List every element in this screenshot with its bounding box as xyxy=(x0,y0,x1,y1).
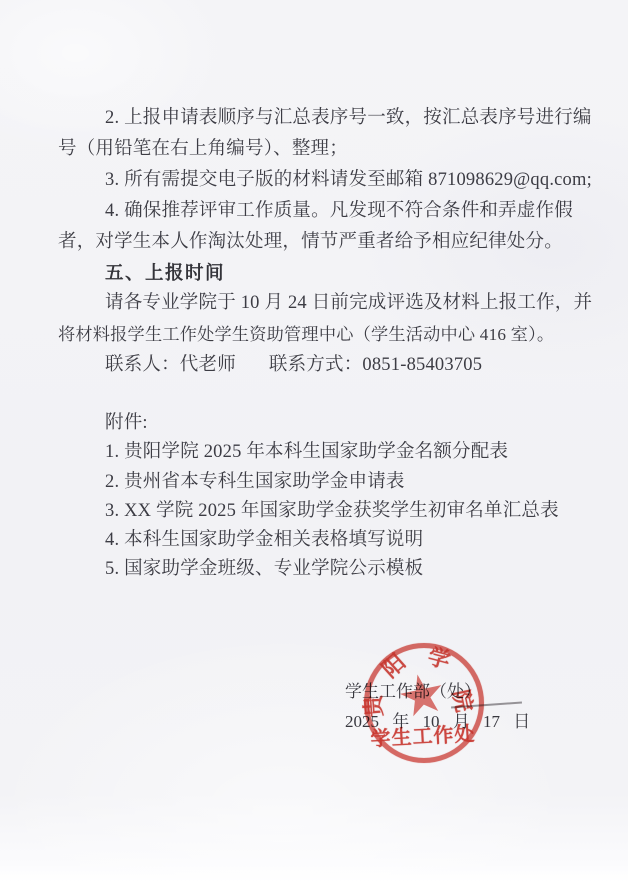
attachment-item: 4. 本科生国家助学金相关表格填写说明 xyxy=(58,528,617,553)
body-line-5: 者，对学生本人作淘汰处理，情节严重者给予相应纪律处分。 xyxy=(58,230,570,255)
body-line-2: 号（用铅笔在右上角编号）、整理； xyxy=(58,137,570,162)
body-line-7: 将材料报学生工作处学生资助管理中心（学生活动中心 416 室）。 xyxy=(58,322,570,347)
contact-method: 联系方式：0851-85403705 xyxy=(269,355,482,375)
contact-person: 联系人：代老师 xyxy=(105,355,236,375)
signature-date: 2025 年 10 月 17 日 xyxy=(345,711,530,733)
contact-line: 联系人：代老师联系方式：0851-85403705 xyxy=(58,353,617,378)
attachments-title: 附件: xyxy=(58,411,617,436)
attachment-item: 5. 国家助学金班级、专业学院公示模板 xyxy=(58,557,617,582)
scanned-document-page: 2. 上报申请表顺序与汇总表序号一致，按汇总表序号进行编 号（用铅笔在右上角编号… xyxy=(0,0,628,882)
attachment-item: 2. 贵州省本专科生国家助学金申请表 xyxy=(58,470,617,495)
body-line-4: 4. 确保推荐评审工作质量。凡发现不符合条件和弄虚作假 xyxy=(58,199,617,224)
signature-department: 学生工作部（处） xyxy=(345,681,481,703)
seal-arc-char: 学 xyxy=(424,644,453,673)
seal-arc-char: 阳 xyxy=(377,649,411,683)
body-line-3: 3. 所有需提交电子版的材料请发至邮箱 871098629@qq.com; xyxy=(58,168,617,193)
body-line-1: 2. 上报申请表顺序与汇总表序号一致，按汇总表序号进行编 xyxy=(58,106,617,131)
body-line-6: 请各专业学院于 10 月 24 日前完成评选及材料上报工作，并 xyxy=(58,291,617,316)
official-seal: 贵 阳 学 院 学生工作处 xyxy=(352,634,502,779)
section-heading: 五、上报时间 xyxy=(58,260,617,285)
attachment-item: 1. 贵阳学院 2025 年本科生国家助学金名额分配表 xyxy=(58,440,617,465)
seal-ring-icon xyxy=(364,643,484,763)
attachment-item: 3. XX 学院 2025 年国家助学金获奖学生初审名单汇总表 xyxy=(58,499,617,524)
